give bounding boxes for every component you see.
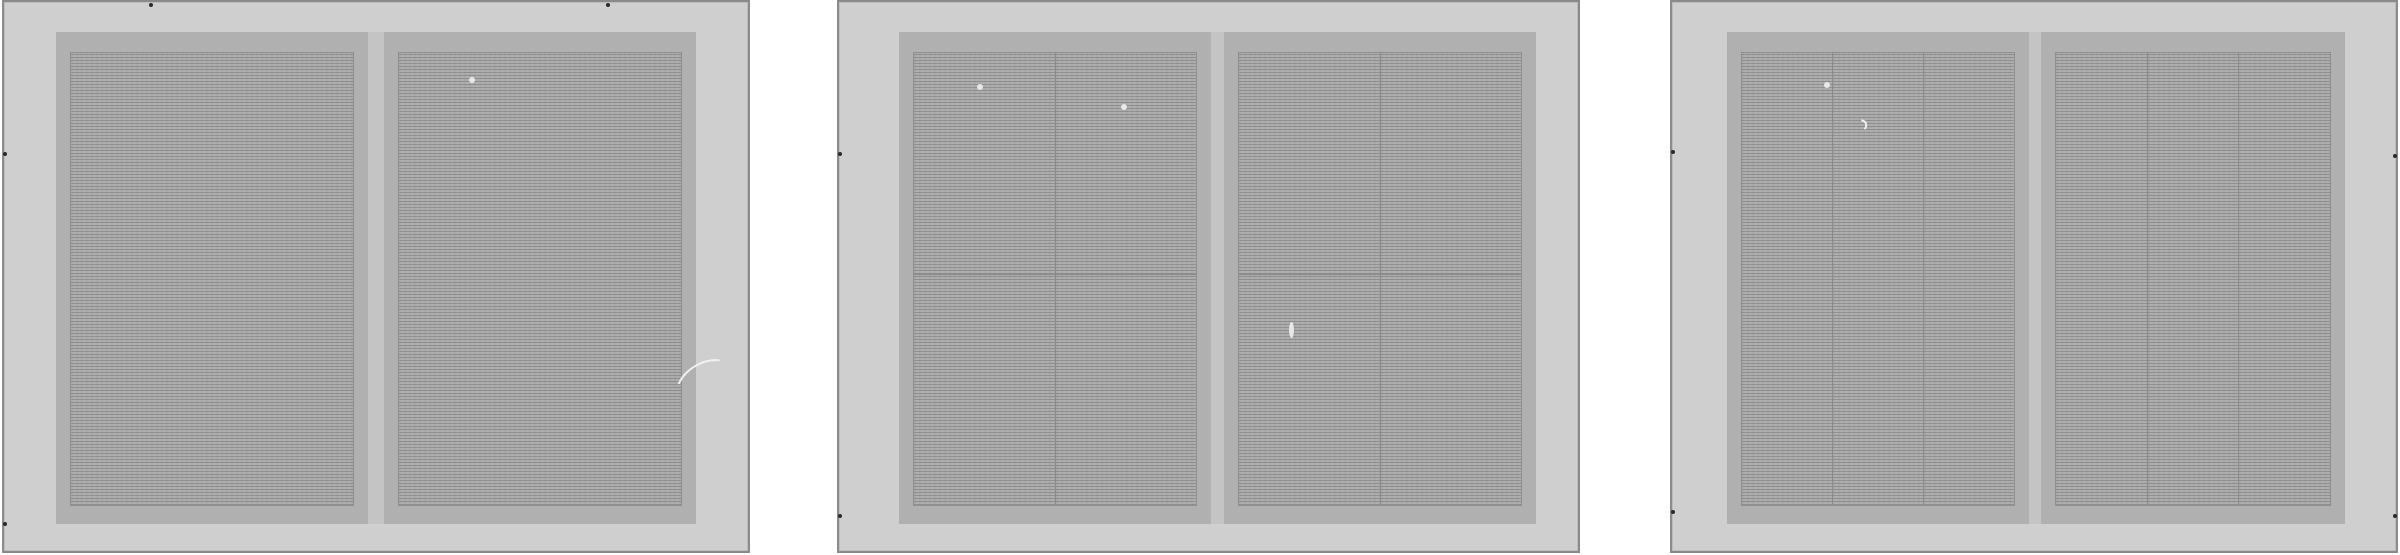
text-block	[398, 52, 682, 506]
text-column	[2238, 53, 2330, 505]
text-column	[1923, 53, 2014, 505]
horizontal-rule	[2056, 333, 2330, 334]
right-page	[384, 32, 696, 524]
page-spread	[56, 32, 696, 524]
frame-pin	[3, 522, 7, 526]
gutter	[2029, 32, 2041, 524]
page-spread	[899, 32, 1536, 524]
frame-pin	[838, 152, 842, 156]
text-column	[2056, 53, 2147, 505]
text-block	[70, 52, 354, 506]
page-spread	[1727, 32, 2345, 524]
left-page	[56, 32, 368, 524]
frame-pin	[606, 3, 610, 7]
gutter	[368, 32, 384, 524]
frame-pin	[1671, 150, 1675, 154]
text-column	[71, 53, 353, 505]
dust-speck	[469, 77, 475, 83]
horizontal-rule	[1742, 189, 2014, 190]
text-block	[1238, 52, 1522, 506]
horizontal-rule	[1742, 333, 2014, 334]
framed-spread-1	[2, 0, 750, 553]
frame-pin	[3, 152, 7, 156]
dust-speck	[1289, 322, 1294, 338]
text-column	[914, 53, 1055, 505]
framed-spread-2	[837, 0, 1580, 553]
gutter	[1211, 32, 1224, 524]
right-page	[2041, 32, 2345, 524]
frame-pin	[838, 514, 842, 518]
text-column	[1055, 53, 1197, 505]
text-block	[913, 52, 1197, 506]
text-column	[1380, 53, 1522, 505]
text-column	[2147, 53, 2239, 505]
frame-pin	[2393, 514, 2397, 518]
right-page	[1224, 32, 1536, 524]
horizontal-rule	[914, 274, 1196, 275]
dust-speck	[1121, 104, 1127, 110]
dust-speck	[1824, 82, 1830, 88]
horizontal-rule	[1239, 274, 1521, 275]
left-page	[1727, 32, 2029, 524]
dust-speck	[977, 84, 983, 90]
frame-pin	[2393, 154, 2397, 158]
text-block	[2055, 52, 2331, 506]
framed-spread-3	[1670, 0, 2398, 553]
text-column	[1742, 53, 1832, 505]
horizontal-rule	[2056, 189, 2330, 190]
frame-pin	[149, 3, 153, 7]
frame-pin	[1671, 510, 1675, 514]
text-column	[1239, 53, 1380, 505]
left-page	[899, 32, 1211, 524]
text-block	[1741, 52, 2015, 506]
text-column	[399, 53, 681, 505]
